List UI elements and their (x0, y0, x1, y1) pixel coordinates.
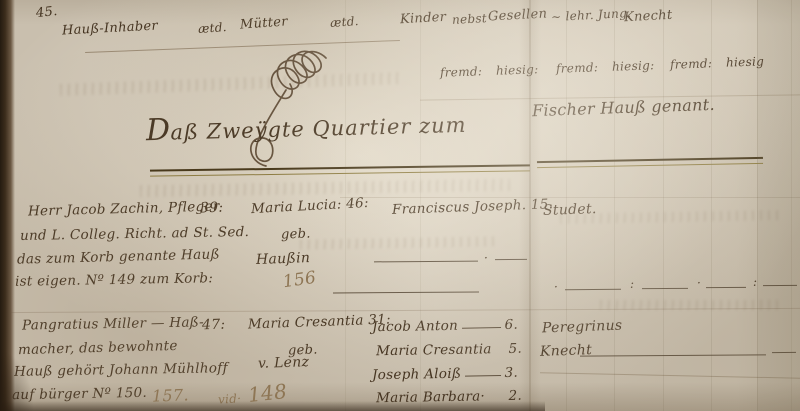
page-number: 45. (35, 5, 58, 20)
entry1-mother: Maria Lucia: 46: (251, 197, 369, 217)
manuscript-page: 45. Hauß-Inhaber ætd. Mütter ætd. Kinder… (0, 0, 800, 411)
entry2-remark-name: Peregrinus (542, 319, 623, 336)
header-nebst: nebst (452, 12, 488, 26)
filler-dash (333, 291, 479, 293)
filler-dash (580, 354, 766, 356)
header-knecht: Knecht (624, 9, 673, 25)
title-text: aß Zweÿgte Quartier zum (170, 113, 467, 145)
title-rule-left (150, 164, 530, 176)
child-name: Maria Cresantia (376, 341, 492, 359)
bleedthrough (300, 236, 500, 249)
entry1-mother-note-geb: geb. (281, 227, 311, 241)
entry1-desc-line3: das zum Korb genante Hauß (17, 248, 220, 267)
bleedthrough (140, 179, 510, 197)
subheader-hiesig-2: hiesig: (612, 59, 655, 72)
entry2-age: 47: (202, 318, 226, 333)
entry2-mother: Maria Cresantia 31: (248, 314, 391, 332)
header-aetat-1: ætd. (198, 21, 228, 35)
dash-mark: : (630, 278, 634, 290)
page-fold (519, 0, 541, 411)
row-rule (340, 197, 800, 198)
child-name: Joseph Aloiß (372, 366, 461, 384)
header-muetter: Mütter (240, 15, 289, 31)
filler-dash (565, 289, 621, 290)
entry1-desc-line4: ist eigen. Nº 149 zum Korb: (15, 272, 213, 289)
child-age: 3. (504, 365, 518, 381)
header-aetat-2: ætd. (330, 15, 360, 29)
quarter-title: Daß Zweÿgte Quartier zum (146, 108, 467, 146)
entry1-remark: Studet. (543, 202, 597, 218)
title-rule-right (537, 157, 763, 168)
title-initial: D (146, 113, 171, 149)
filler-dash (462, 327, 500, 329)
header-lehrjung: ~ lehr. Jung. (551, 7, 632, 23)
child-name: Jacob Anton (372, 318, 458, 335)
header-kinder: Kinder (400, 11, 447, 26)
page-bottom-edge (0, 401, 545, 411)
calligraphic-flourish-icon (222, 48, 342, 173)
right-margin-band (757, 0, 800, 411)
title-right: Fischer Hauß genant. (532, 97, 715, 119)
dash-mark: · (484, 252, 488, 264)
entry2-desc-line3: Hauß gehört Johann Mühlhoff (14, 362, 228, 379)
child-row: Jacob Anton 6. (372, 317, 518, 336)
entry1-alt-number: 156 (282, 270, 317, 291)
entry2-desc-line1: Pangratius Miller — Haß- (22, 316, 204, 333)
subheader-fremd-2: fremd: (556, 61, 599, 74)
filler-dash (706, 287, 746, 288)
child-age: 6. (504, 317, 518, 333)
filler-dash (642, 288, 688, 289)
row-rule (0, 308, 800, 313)
header-hausinhaber: Hauß-Inhaber (62, 19, 159, 37)
entry1-desc-line1: Herr Jacob Zachin, Pfleger (28, 200, 220, 219)
filler-dash (465, 375, 500, 377)
column-rule (663, 0, 664, 411)
entry1-desc-line2: und L. Colleg. Richt. ad St. Sed. (20, 226, 249, 243)
entry2-mother-note-name: v. Lenz (258, 355, 310, 371)
dash-mark: · (554, 281, 558, 293)
subheader-fremd-1: fremd: (440, 65, 483, 78)
dash-mark: · (697, 277, 701, 289)
entry1-mother-note-name: Haußin (256, 251, 311, 267)
child-row: Maria Cresantia 5. (376, 341, 522, 360)
entry2-desc-line2: macher, das bewohnte (18, 340, 178, 358)
child-row: Joseph Aloiß 3. (372, 365, 518, 384)
subheader-fremd-3: fremd: (670, 57, 713, 70)
filler-dash (374, 261, 478, 263)
entry1-age: 39: (200, 201, 224, 216)
